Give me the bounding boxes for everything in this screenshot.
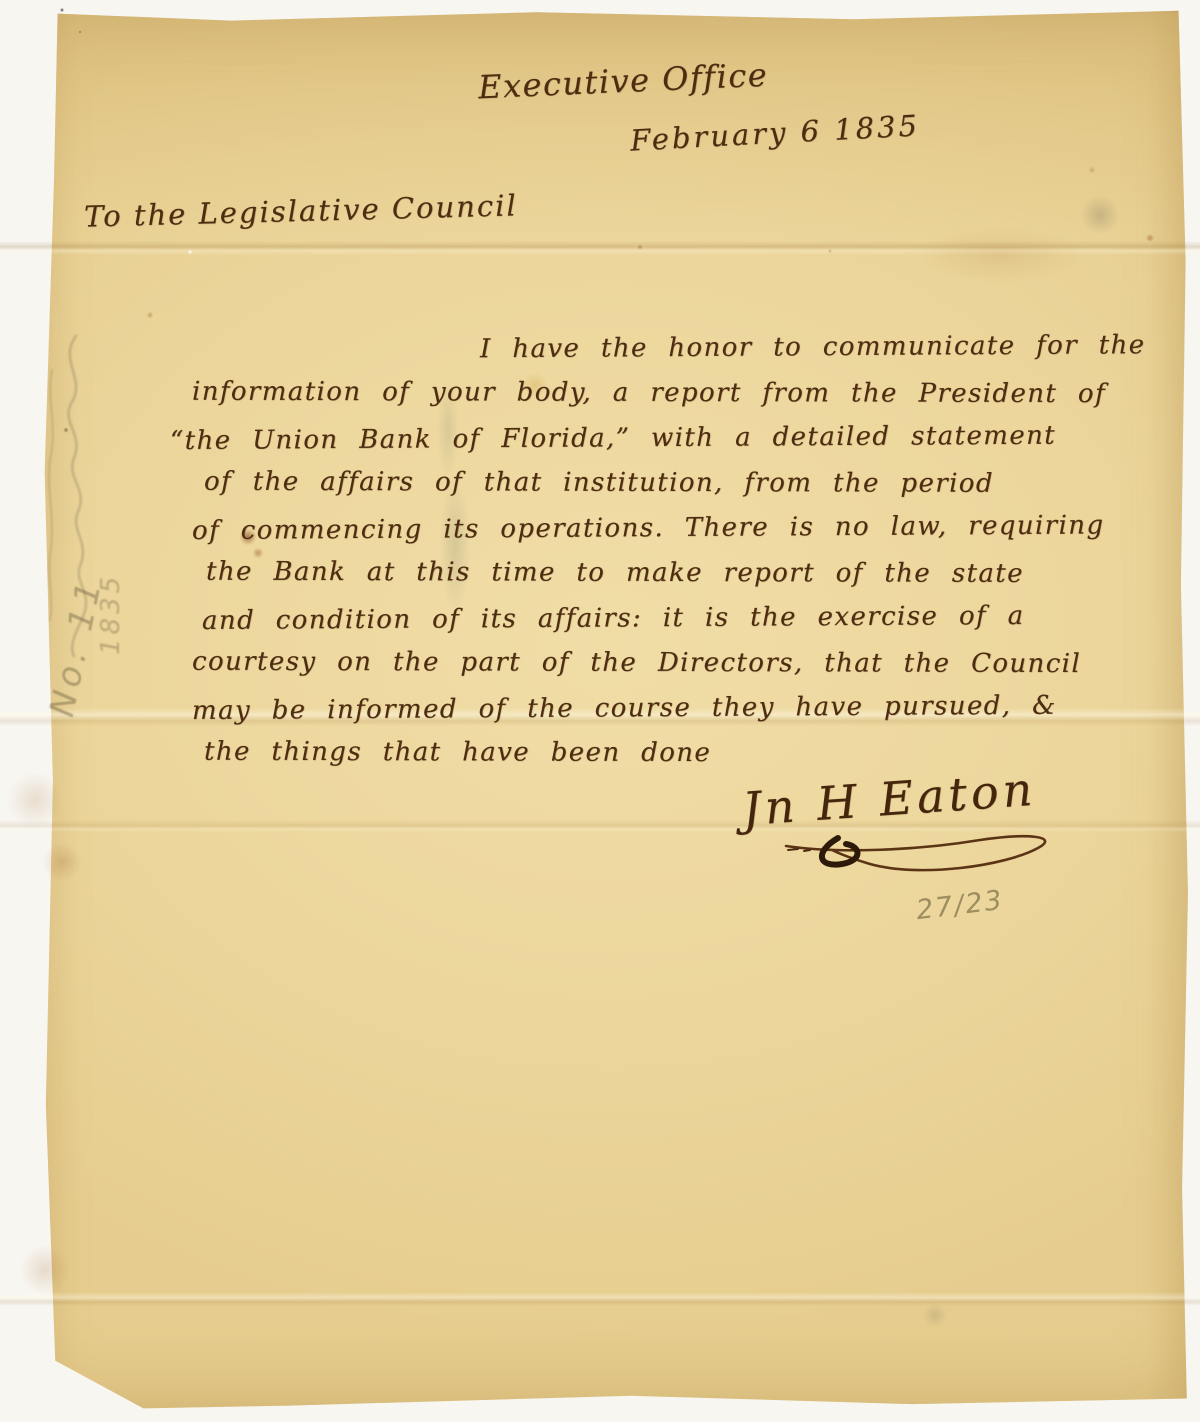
body-line: I have the honor to communicate for the <box>192 323 1177 374</box>
body-line: information of your body, a report from … <box>192 370 1177 418</box>
scanned-letter: Executive Office February 6 1835 To the … <box>0 0 1200 1422</box>
body-line: “the Union Bank of Florida,” with a deta… <box>170 413 1177 464</box>
letter-body-paragraph: I have the honor to communicate for the … <box>192 326 1177 776</box>
body-line: and condition of its affairs: it is the … <box>202 593 1177 644</box>
body-line: the Bank at this time to make report of … <box>206 550 1177 598</box>
body-line: courtesy on the part of the Directors, t… <box>192 640 1177 688</box>
body-line: of commencing its operations. There is n… <box>192 503 1177 554</box>
body-line: of the affairs of that institution, from… <box>204 460 1177 508</box>
body-line: may be informed of the course they have … <box>192 683 1177 734</box>
signature-flourish <box>780 826 1080 886</box>
